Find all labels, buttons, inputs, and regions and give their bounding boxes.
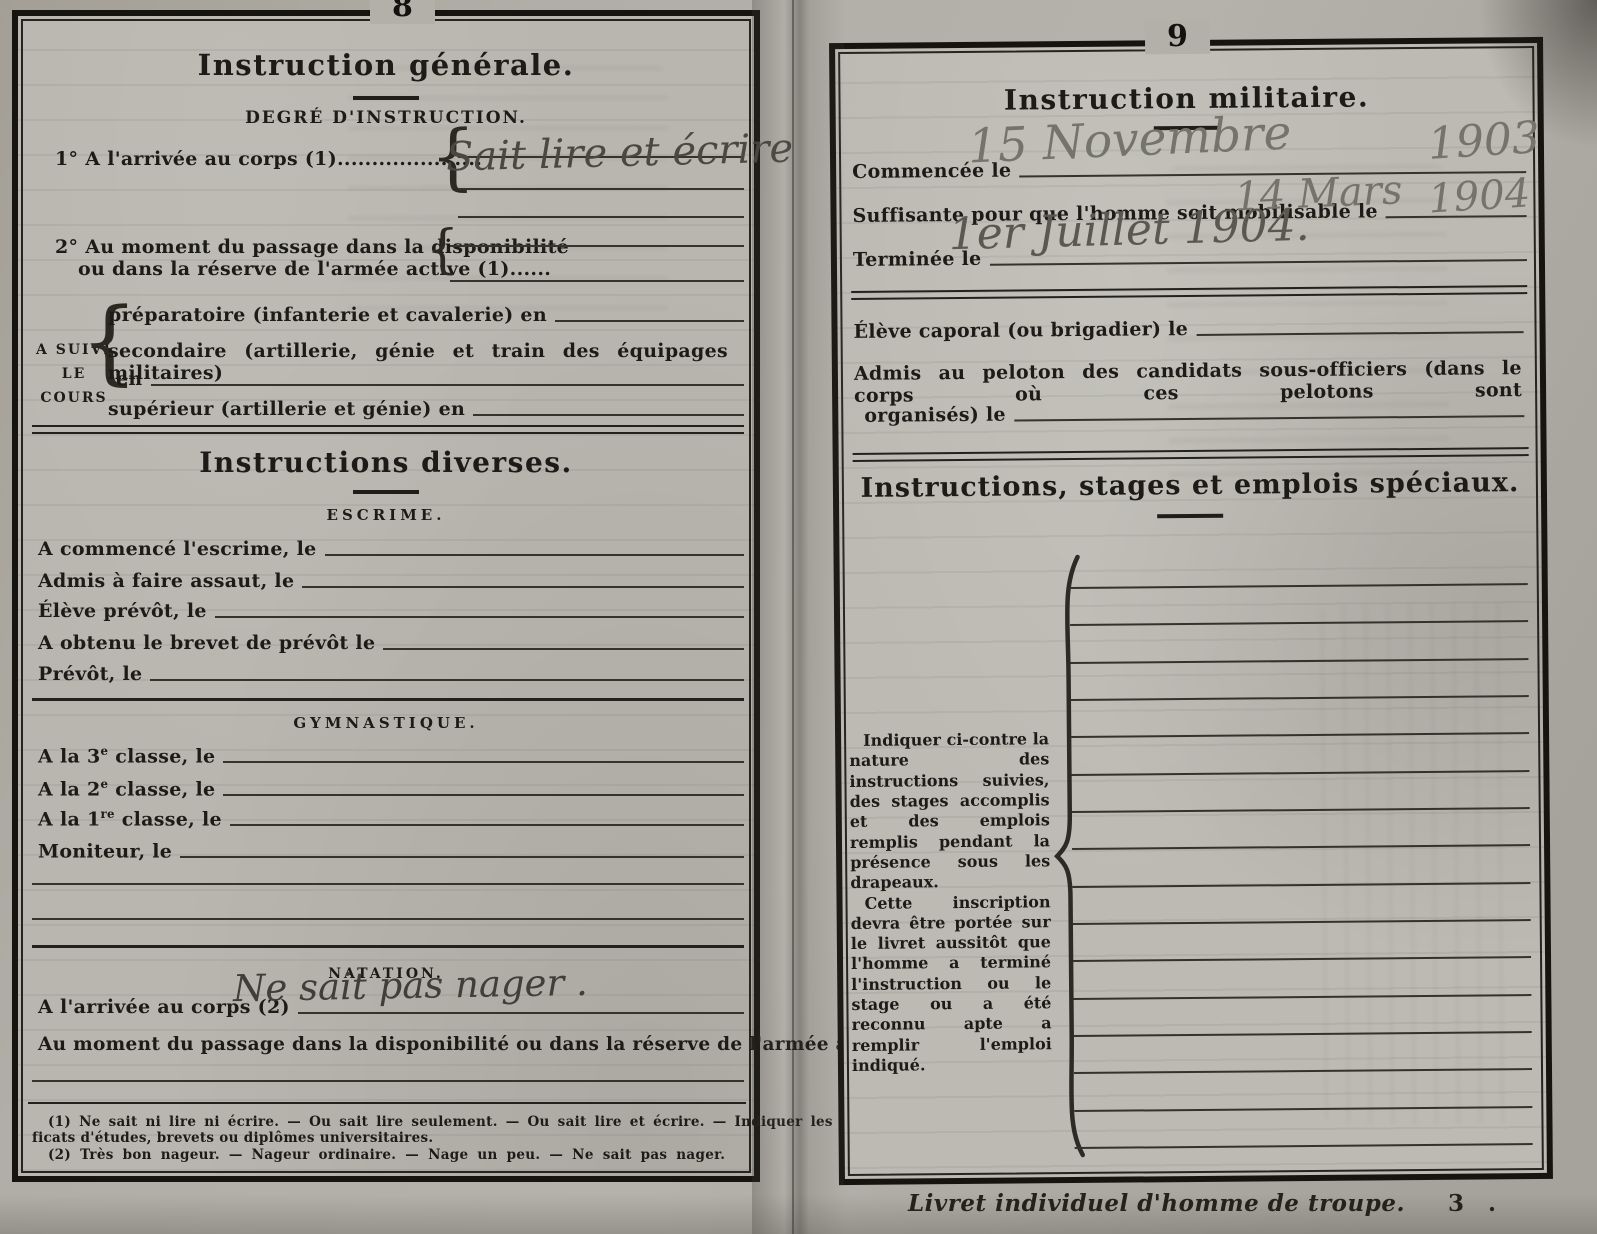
blank-line bbox=[1070, 583, 1528, 589]
field-label: A la 1re classe, le bbox=[38, 807, 222, 830]
footnote-1b: ficats d'études, brevets ou diplômes uni… bbox=[32, 1130, 433, 1146]
stages-title: Instructions, stages et emplois spéciaux… bbox=[839, 467, 1541, 504]
section-double-rule bbox=[32, 425, 744, 434]
footnote-rule bbox=[28, 1102, 746, 1104]
blank-line bbox=[302, 586, 744, 588]
blank-line bbox=[223, 794, 744, 796]
booklet-caption: Livret individuel d'homme de troupe. bbox=[908, 1190, 1405, 1217]
title-divider bbox=[353, 490, 419, 494]
blank-line bbox=[990, 259, 1527, 266]
handwriting-ne-sait-pas-nager: Ne sait pas nager . bbox=[233, 961, 588, 1010]
section-double-rule bbox=[853, 447, 1529, 462]
section-double-rule bbox=[851, 285, 1527, 300]
footnote-2: (2) Très bon nageur. — Nageur ordinaire.… bbox=[48, 1147, 725, 1163]
page-8-number: 8 bbox=[370, 0, 435, 24]
blank-line bbox=[1075, 1143, 1533, 1149]
blank-line bbox=[298, 1012, 744, 1014]
blank-line bbox=[1072, 807, 1530, 813]
field-label: A commencé l'escrime, le bbox=[38, 538, 317, 560]
page-9: 9 Instruction militaire. Commencée le 15… bbox=[829, 37, 1553, 1185]
blank-line bbox=[1074, 1068, 1532, 1074]
bleedthrough-smudge bbox=[348, 66, 668, 326]
blank-line bbox=[1072, 882, 1530, 888]
folio-number: 3 . bbox=[1448, 1190, 1496, 1217]
blank-line bbox=[215, 616, 744, 618]
blank-line bbox=[473, 414, 744, 416]
item2-label-line2: ou dans la réserve de l'armée active (1)… bbox=[78, 258, 551, 280]
gym-row: Moniteur, le bbox=[38, 839, 744, 862]
field-label: Prévôt, le bbox=[38, 663, 142, 685]
cours-row-superieur: supérieur (artillerie et génie) en bbox=[108, 398, 744, 420]
escrime-row: A obtenu le brevet de prévôt le bbox=[38, 632, 744, 654]
blank-line bbox=[555, 320, 744, 322]
item2-label-line1: 2° Au moment du passage dans la disponib… bbox=[55, 236, 569, 258]
admis-peloton-line2-row: organisés) le bbox=[864, 399, 1524, 427]
blank-line bbox=[1071, 770, 1529, 776]
blank-line bbox=[230, 824, 744, 826]
handwriting-sait-lire: Sait lire et écrire bbox=[445, 125, 793, 180]
stages-ruled-lines bbox=[1070, 583, 1533, 1149]
section-rule bbox=[32, 698, 744, 701]
cours-row-secondaire-en: en bbox=[116, 368, 744, 390]
section-rule bbox=[32, 945, 744, 948]
blank-line bbox=[150, 679, 744, 681]
blank-line bbox=[1073, 919, 1531, 925]
item1-label: 1° A l'arrivée au corps (1).............… bbox=[55, 148, 482, 170]
field-label: Élève caporal (ou brigadier) le bbox=[853, 318, 1188, 343]
footnote-1a: (1) Ne sait ni lire ni écrire. — Ou sait… bbox=[48, 1114, 883, 1130]
blank-line bbox=[1070, 620, 1528, 626]
page-9-number: 9 bbox=[1145, 20, 1210, 55]
handwriting-commencee-year: 1903 bbox=[1426, 112, 1541, 170]
page-8: 8 Instruction générale. DEGRÉ D'INSTRUCT… bbox=[12, 10, 760, 1182]
escrime-row: A commencé l'escrime, le bbox=[38, 538, 744, 560]
blank-line bbox=[1074, 1031, 1532, 1037]
marginal-note-par2: Cette inscription devra être portée sur … bbox=[850, 892, 1052, 1077]
gym-row: A la 3e classe, le bbox=[38, 744, 744, 767]
marginal-note-par1: Indiquer ci-contre la nature des instruc… bbox=[849, 729, 1050, 893]
escrime-row: Admis à faire assaut, le bbox=[38, 570, 744, 592]
blank-line bbox=[383, 648, 744, 650]
blank-line bbox=[450, 280, 744, 282]
field-label: supérieur (artillerie et génie) en bbox=[108, 398, 465, 420]
handwriting-terminee-date: 1er Juillet 1904. bbox=[948, 200, 1310, 260]
blank-line bbox=[32, 918, 744, 920]
blank-line bbox=[1014, 415, 1524, 421]
marginal-note: Indiquer ci-contre la nature des instruc… bbox=[849, 729, 1052, 1076]
blank-line bbox=[450, 245, 744, 247]
blank-line bbox=[1196, 331, 1523, 336]
field-label: Admis à faire assaut, le bbox=[38, 570, 294, 592]
blank-line bbox=[1073, 956, 1531, 962]
title-divider bbox=[1157, 514, 1223, 519]
blank-line bbox=[325, 554, 744, 556]
gym-row: A la 1re classe, le bbox=[38, 807, 744, 830]
blank-line bbox=[32, 883, 744, 885]
scanned-booklet-spread: 8 Instruction générale. DEGRÉ D'INSTRUCT… bbox=[0, 0, 1597, 1234]
blank-line bbox=[1074, 1106, 1532, 1112]
escrime-row: Élève prévôt, le bbox=[38, 600, 744, 622]
field-label: organisés) le bbox=[864, 404, 1006, 427]
field-label: A la 3e classe, le bbox=[38, 744, 215, 767]
gymnastique-title: GYMNASTIQUE. bbox=[18, 714, 754, 732]
blank-line bbox=[1072, 844, 1530, 850]
cours-row-preparatoire: préparatoire (infanterie et cavalerie) e… bbox=[108, 304, 744, 326]
blank-line bbox=[151, 384, 744, 386]
blank-line bbox=[180, 856, 744, 858]
field-label: Élève prévôt, le bbox=[38, 600, 207, 622]
blank-line bbox=[458, 216, 744, 218]
escrime-row: Prévôt, le bbox=[38, 663, 744, 685]
blank-line bbox=[32, 1080, 744, 1082]
item2-brace: { bbox=[426, 224, 459, 276]
blank-line bbox=[1071, 732, 1529, 738]
blank-line bbox=[1071, 695, 1529, 701]
eleve-caporal-row: Élève caporal (ou brigadier) le bbox=[853, 315, 1523, 343]
field-label: A obtenu le brevet de prévôt le bbox=[38, 632, 375, 654]
field-label: A la 2e classe, le bbox=[38, 777, 215, 800]
blank-line bbox=[223, 761, 744, 763]
gym-row: A la 2e classe, le bbox=[38, 777, 744, 800]
title-divider bbox=[353, 96, 419, 100]
field-label: Moniteur, le bbox=[38, 839, 172, 862]
field-label: en bbox=[116, 368, 143, 390]
page-8-title: Instruction générale. bbox=[18, 48, 754, 82]
blank-line bbox=[1073, 994, 1531, 1000]
passage-label: Au moment du passage dans la disponibili… bbox=[38, 1034, 951, 1055]
degre-subtitle: DEGRÉ D'INSTRUCTION. bbox=[18, 108, 754, 128]
diverses-title: Instructions diverses. bbox=[18, 446, 754, 479]
blank-line bbox=[458, 188, 744, 190]
field-label: préparatoire (infanterie et cavalerie) e… bbox=[108, 304, 547, 326]
blank-line bbox=[1070, 658, 1528, 664]
escrime-title: ESCRIME. bbox=[18, 506, 754, 524]
handwriting-mobilisable-year: 1904 bbox=[1427, 170, 1531, 222]
